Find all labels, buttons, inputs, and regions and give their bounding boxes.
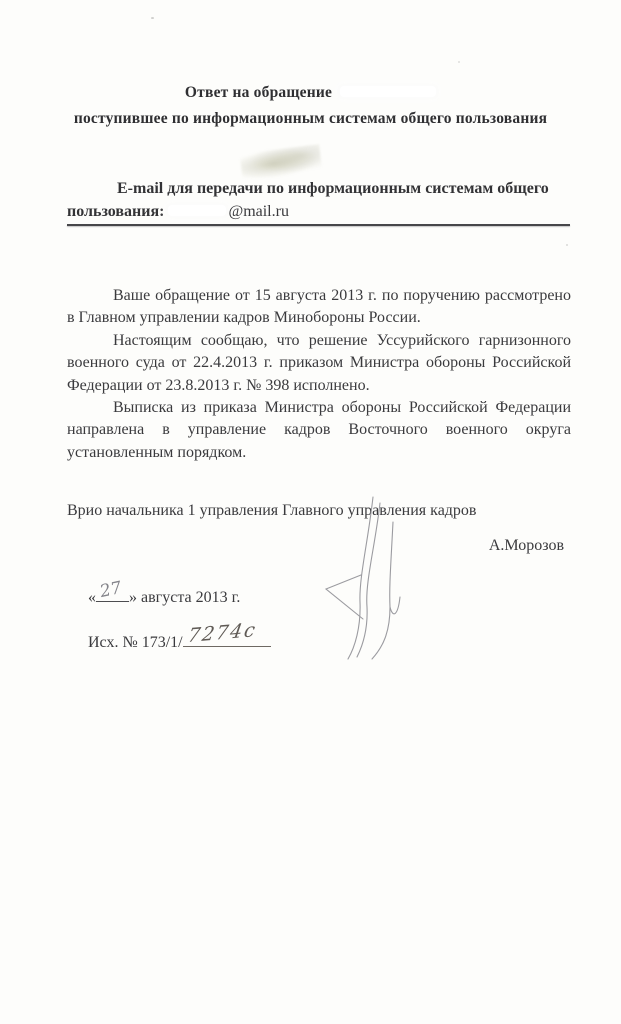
handwritten-signature [315, 487, 450, 667]
email-block: E-mail для передачи по информационным си… [67, 177, 571, 223]
signer-name: А.Морозов [67, 537, 564, 555]
scan-speck [151, 17, 154, 19]
body-paragraph-2: Настоящим сообщаю, что решение Уссурийск… [67, 330, 571, 397]
letter-title-line1: Ответ на обращение [0, 84, 621, 102]
redacted-email-prefix [168, 205, 226, 216]
email-line1: E-mail для передачи по информационным си… [67, 177, 571, 200]
redacted-applicant-name [340, 86, 436, 97]
email-line2-label: пользования: [67, 203, 164, 220]
scan-speck [458, 61, 460, 63]
body-paragraph-3: Выписка из приказа Министра обороны Росс… [67, 397, 571, 464]
outgoing-label: Исх. № 173/1/ [88, 634, 183, 651]
open-quote: « [88, 589, 96, 606]
body-paragraph-1: Ваше обращение от 15 августа 2013 г. по … [67, 285, 571, 330]
email-address-suffix: @mail.ru [228, 203, 289, 220]
scan-speck [566, 244, 568, 246]
date-line: «27» августа 2013 г. [88, 585, 240, 607]
horizontal-divider [67, 224, 570, 226]
close-quote: » [129, 589, 137, 606]
handwritten-outgoing-number: 7274с [186, 619, 258, 647]
outgoing-number-line: Исх. № 173/1/7274с [88, 629, 271, 652]
scanned-letter-page: Ответ на обращение поступившее по информ… [0, 0, 621, 1024]
outgoing-number-slot: 7274с [183, 629, 271, 647]
letter-body: Ваше обращение от 15 августа 2013 г. по … [67, 285, 571, 464]
handwritten-day: 27 [98, 578, 123, 602]
date-day-slot: 27 [96, 585, 129, 602]
letter-title-line2: поступившее по информационным системам о… [0, 110, 621, 128]
date-text: августа 2013 г. [141, 589, 240, 606]
letter-title-prefix: Ответ на обращение [185, 84, 332, 101]
email-line2: пользования: @mail.ru [67, 200, 571, 223]
